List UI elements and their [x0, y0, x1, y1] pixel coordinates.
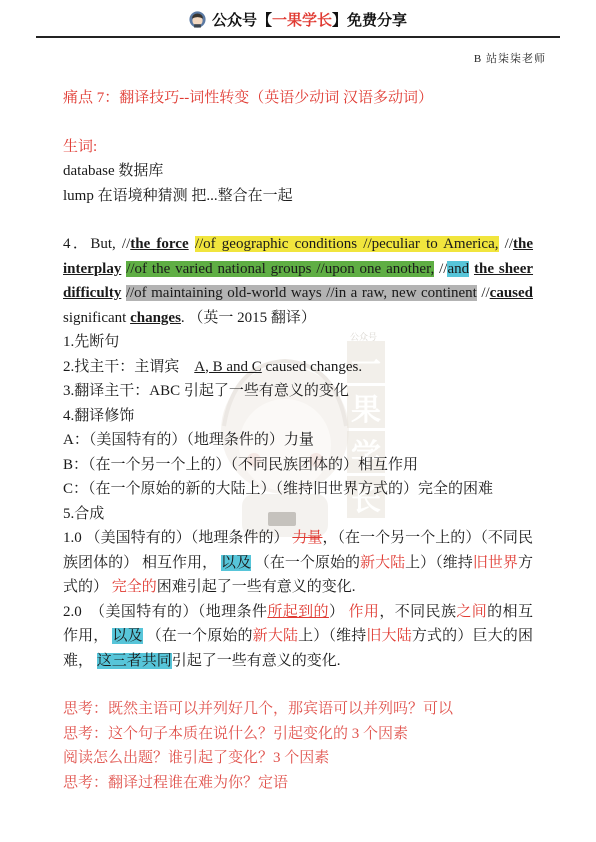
red-note-segment: 思考：这个句子本质在说什么？引起变化的 3 个因素 — [63, 726, 408, 742]
text-segment: 1.先断句 — [63, 334, 119, 350]
document-page: 公众号 一 果 学 长 公众号【一果学长】免费分享 B 站柒柒老师 痛点 7：翻… — [0, 0, 596, 842]
text-segment: // — [434, 261, 447, 277]
brand-name: 一果学长 — [272, 12, 332, 29]
paragraph-gap — [63, 673, 533, 697]
red-text-segment: 新大陆 — [360, 555, 405, 571]
text-segment: （在一个原始的 — [143, 628, 253, 644]
text-segment: A：（美国特有的）（地理条件的）力量 — [63, 432, 314, 448]
modifier-line-c: C：（在一个原始的新的大陆上）（维持旧世界方式的）完全的困难 — [63, 477, 533, 502]
text-segment: lump 在语境种猜测 把...整合在一起 — [63, 188, 293, 204]
vocab-item: database 数据库 — [63, 159, 533, 184]
brand-avatar-icon — [189, 11, 206, 28]
page-header: 公众号【一果学长】免费分享 B 站柒柒老师 — [0, 0, 596, 66]
teacher-credit: B 站柒柒老师 — [0, 38, 596, 66]
text-segment: caused changes. — [262, 359, 362, 375]
translation-v2: 2.0 （美国特有的）（地理条件所起到的） 作用，不同民族之间的相互作用， 以及… — [63, 600, 533, 674]
vocab-item: lump 在语境种猜测 把...整合在一起 — [63, 184, 533, 209]
text-segment: C：（在一个原始的新的大陆上）（维持旧世界方式的）完全的困难 — [63, 481, 493, 497]
green-highlight-segment: //of the varied national groups //upon o… — [126, 261, 434, 277]
brand-prefix: 公众号【 — [212, 12, 272, 29]
document-body: 痛点 7：翻译技巧--词性转变（英语少动词 汉语多动词）生词:database … — [63, 86, 533, 795]
text-segment: 2.找主干：主谓宾 — [63, 359, 194, 375]
text-segment: // — [477, 285, 490, 301]
text-segment: 上）（维持 — [405, 555, 473, 571]
example-sentence: 4．But, //the force //of geographic condi… — [63, 232, 533, 330]
analysis-step: 4.翻译修饰 — [63, 404, 533, 429]
red-text-segment: 作用 — [349, 604, 380, 620]
text-segment: 5.合成 — [63, 506, 104, 522]
vocab-label: 生词: — [63, 135, 533, 160]
text-segment: 4．But, // — [63, 236, 130, 252]
analysis-step: 3.翻译主干：ABC 引起了一些有意义的变化 — [63, 379, 533, 404]
red-text-segment: 旧世界 — [473, 555, 518, 571]
text-segment: 困难引起了一些有意义的变化. — [157, 579, 356, 595]
cyan-highlight-segment: 以及 — [112, 628, 142, 644]
red-note-segment: 思考：翻译过程谁在难为你？定语 — [63, 775, 288, 791]
think-line: 阅读怎么出题？谁引起了变化？3 个因素 — [63, 746, 533, 771]
bold-underline-segment: changes — [130, 310, 181, 326]
analysis-step: 1.先断句 — [63, 330, 533, 355]
text-segment: . （英一 2015 翻译） — [181, 310, 316, 326]
analysis-step: 5.合成 — [63, 502, 533, 527]
think-line: 思考：既然主语可以并列好几个，那宾语可以并列吗？可以 — [63, 697, 533, 722]
red-strikethrough-segment: 力量 — [292, 530, 322, 546]
paragraph-gap — [63, 111, 533, 135]
bold-underline-segment: caused — [490, 285, 533, 301]
cyan-highlight-segment: 以及 — [221, 555, 251, 571]
text-segment: significant — [63, 310, 130, 326]
think-line: 思考：这个句子本质在说什么？引起变化的 3 个因素 — [63, 722, 533, 747]
think-line: 思考：翻译过程谁在难为你？定语 — [63, 771, 533, 796]
bold-underline-segment: the force — [130, 236, 188, 252]
modifier-line-a: A：（美国特有的）（地理条件的）力量 — [63, 428, 533, 453]
red-note-segment: 阅读怎么出题？谁引起了变化？3 个因素 — [63, 750, 329, 766]
text-segment: 上）（维持 — [298, 628, 366, 644]
underline-segment: A, B and C — [194, 359, 262, 375]
text-segment: // — [499, 236, 514, 252]
red-text-segment: 完全的 — [112, 579, 157, 595]
text-segment: database 数据库 — [63, 163, 163, 179]
brand-line: 公众号【一果学长】免费分享 — [0, 9, 596, 30]
red-text-segment: 旧大陆 — [366, 628, 411, 644]
translation-v1: 1.0 （美国特有的）（地理条件的） 力量，（在一个另一个上的）（不同民族团体的… — [63, 526, 533, 600]
red-text-segment: 新大陆 — [253, 628, 298, 644]
yellow-highlight-segment: //of geographic conditions //peculiar to… — [195, 236, 499, 252]
text-segment: 引起了一些有意义的变化. — [172, 653, 341, 669]
text-segment — [189, 236, 195, 252]
cyan-highlight-segment: 这三者共同 — [97, 653, 172, 669]
text-segment: B：（在一个另一个上的）（不同民族团体的）相互作用 — [63, 457, 418, 473]
red-underline-segment: 所起到的 — [267, 604, 329, 620]
text-segment: 1.0 （美国特有的）（地理条件的） — [63, 530, 292, 546]
red-text-segment: 之间 — [456, 604, 487, 620]
brand-suffix: 】免费分享 — [332, 12, 407, 29]
text-segment: 2.0 （美国特有的）（地理条件 — [63, 604, 267, 620]
text-segment: ，不同民族 — [379, 604, 456, 620]
gray-highlight-segment: //of maintaining old-world ways //in a r… — [126, 285, 477, 301]
text-segment: ） — [329, 604, 349, 620]
red-text-segment: 生词: — [63, 139, 97, 155]
text-segment: 3.翻译主干：ABC 引起了一些有意义的变化 — [63, 383, 349, 399]
analysis-step: 2.找主干：主谓宾 A, B and C caused changes. — [63, 355, 533, 380]
text-segment: （在一个原始的 — [251, 555, 360, 571]
modifier-line-b: B：（在一个另一个上的）（不同民族团体的）相互作用 — [63, 453, 533, 478]
text-segment: 4.翻译修饰 — [63, 408, 134, 424]
pain-point-title: 痛点 7：翻译技巧--词性转变（英语少动词 汉语多动词） — [63, 86, 533, 111]
red-note-segment: 思考：既然主语可以并列好几个，那宾语可以并列吗？可以 — [63, 701, 453, 717]
paragraph-gap — [63, 208, 533, 232]
cyan-highlight-segment: and — [447, 261, 469, 277]
brand-text: 公众号【一果学长】免费分享 — [212, 9, 407, 30]
red-text-segment: 痛点 7：翻译技巧--词性转变（英语少动词 汉语多动词） — [63, 90, 433, 106]
